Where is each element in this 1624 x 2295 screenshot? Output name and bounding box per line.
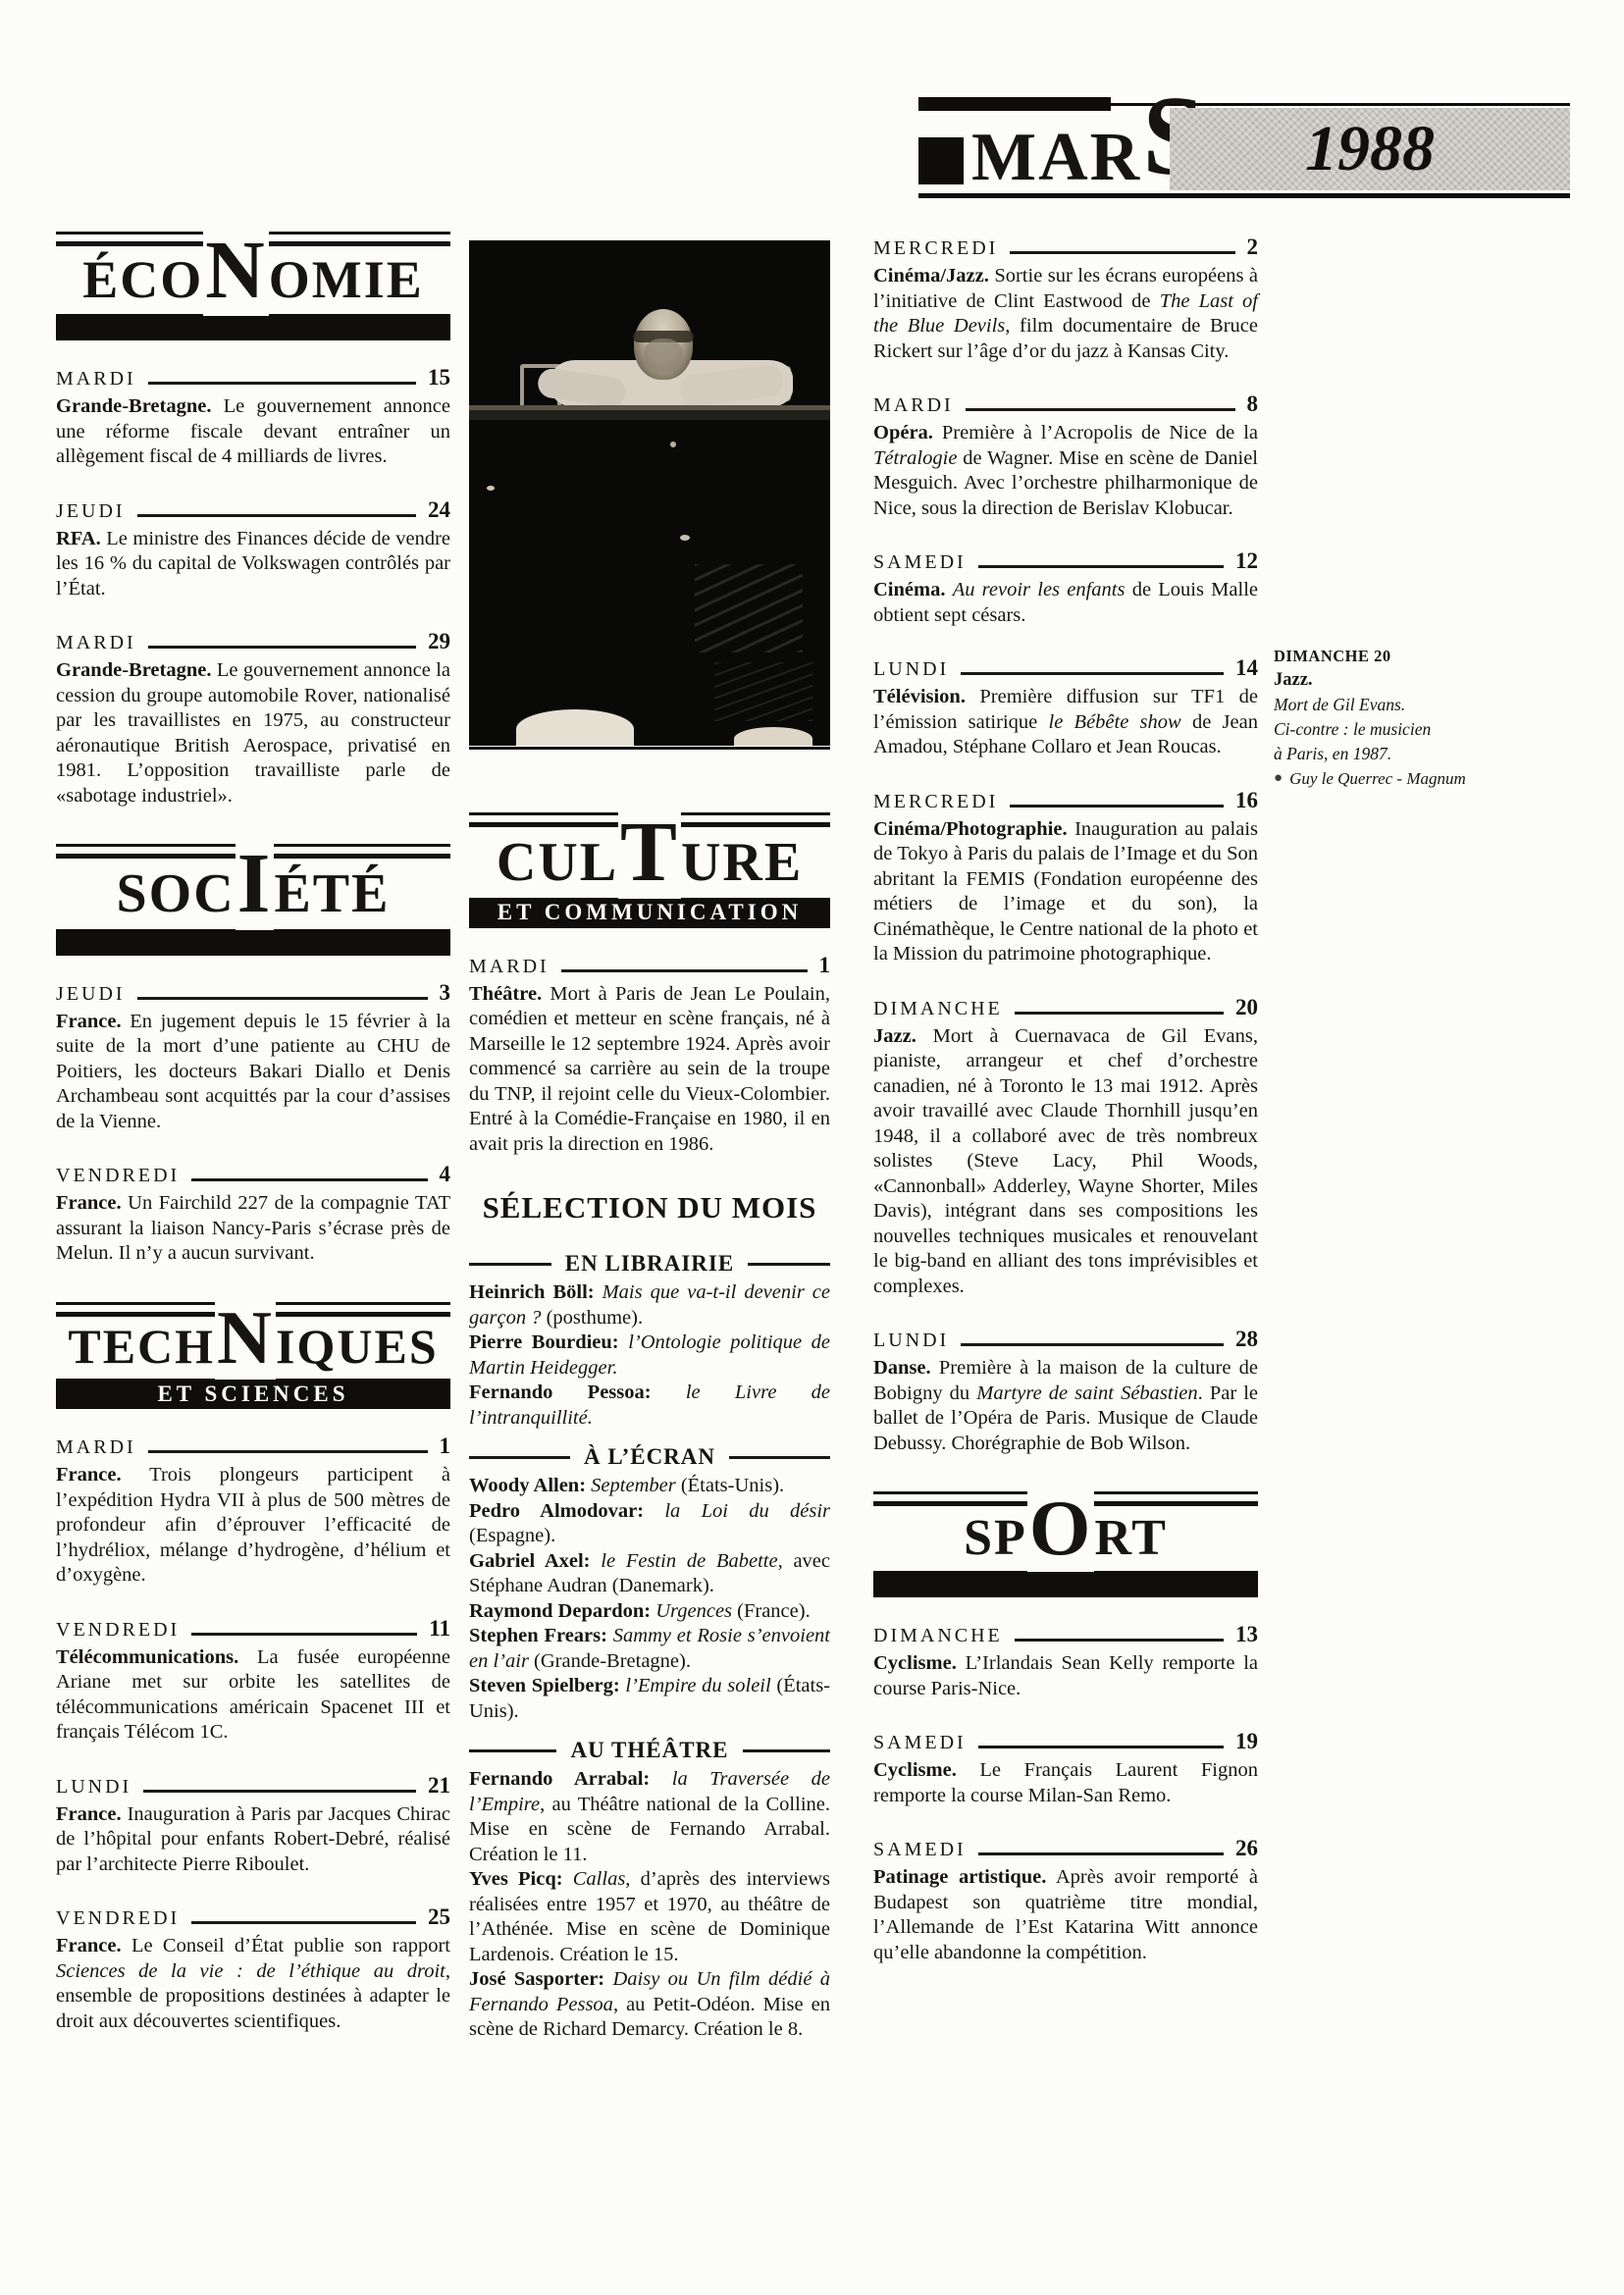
title-part: OMIE (269, 250, 424, 309)
selection-item: José Sasporter: Daisy ou Un film dédié à… (469, 1967, 830, 2043)
entry: SAMEDI 12 Cinéma. Au revoir les enfants … (873, 549, 1258, 628)
section-title-economie: ÉCONOMIE (56, 233, 450, 308)
selection-item: Stephen Frears: Sammy et Rosie s’envoien… (469, 1624, 830, 1674)
entry: VENDREDI 4 France. Un Fairchild 227 de l… (56, 1163, 450, 1267)
entry-number: 26 (1235, 1837, 1258, 1859)
section-title-techniques: TECHNIQUES (56, 1303, 450, 1373)
caption-line: à Paris, en 1987. (1274, 742, 1531, 766)
entry-body: Grande-Bretagne. Le gouvernement annonce… (56, 394, 450, 470)
entry: SAMEDI 19 Cyclisme. Le Français Laurent … (873, 1730, 1258, 1808)
entry-day: MARDI (873, 395, 954, 415)
entry-rule (191, 1921, 416, 1924)
entry-day: MERCREDI (873, 792, 998, 811)
entry-body: France. Un Fairchild 227 de la compagnie… (56, 1191, 450, 1267)
caption-category: Jazz. (1274, 668, 1531, 693)
entry-body: France. En jugement depuis le 15 février… (56, 1010, 450, 1135)
caption-credit-text: Guy le Querrec - Magnum (1289, 766, 1466, 791)
selection-item: Pierre Bourdieu: l’Ontologie politique d… (469, 1330, 830, 1381)
entry-day: MARDI (56, 633, 136, 652)
entry-rule (137, 514, 416, 517)
title-part: SOC (117, 863, 236, 924)
title-big-letter: I (236, 836, 275, 930)
selection-subhead-label: EN LIBRAIRIE (551, 1251, 748, 1277)
entry-body: Théâtre. Mort à Paris de Jean Le Poulain… (469, 982, 830, 1158)
entry-body: RFA. Le ministre des Finances décide de … (56, 527, 450, 602)
entry-body: Cyclisme. L’Irlandais Sean Kelly remport… (873, 1651, 1258, 1701)
entry-head: MERCREDI 16 (873, 789, 1258, 811)
entry-day: DIMANCHE (873, 1626, 1003, 1645)
selection-item: Pedro Almodovar: la Loi du désir (Espagn… (469, 1499, 830, 1549)
section-header-societe: SOCIÉTÉ (56, 844, 450, 956)
selection-item: Woody Allen: September (États-Unis). (469, 1474, 830, 1499)
section-bar (873, 1571, 1258, 1597)
entry-body: Cinéma. Au revoir les enfants de Louis M… (873, 578, 1258, 628)
title-part: IQUES (276, 1319, 439, 1374)
section-header-sport: SPORT (873, 1491, 1258, 1597)
entry-rule (148, 382, 416, 385)
entry-head: MARDI 8 (873, 392, 1258, 415)
entry-number: 16 (1235, 789, 1258, 811)
entry: LUNDI 28 Danse. Première à la maison de … (873, 1328, 1258, 1456)
entry-rule (1010, 805, 1224, 808)
entry-head: MARDI 29 (56, 630, 450, 652)
entry-head: SAMEDI 19 (873, 1730, 1258, 1752)
entry-day: MARDI (469, 957, 550, 976)
selection-item: Raymond Depardon: Urgences (France). (469, 1599, 830, 1625)
masthead-month: MAR S (918, 94, 1205, 192)
entry-body: Cyclisme. Le Français Laurent Fignon rem… (873, 1758, 1258, 1808)
entry-day: SAMEDI (873, 1733, 967, 1752)
caption-line: Ci-contre : le musicien (1274, 717, 1531, 742)
entry-rule (978, 565, 1224, 568)
rule (729, 1456, 830, 1459)
entry-number: 13 (1235, 1623, 1258, 1645)
selection-subhead-label: À L’ÉCRAN (570, 1444, 729, 1470)
title-part: SP (964, 1510, 1027, 1566)
entry-number: 2 (1247, 235, 1259, 258)
entry: LUNDI 21 France. Inauguration à Paris pa… (56, 1774, 450, 1878)
selection-subhead-librairie: EN LIBRAIRIE (469, 1251, 830, 1277)
entry-body: France. Trois plongeurs participent à l’… (56, 1463, 450, 1589)
entry: MARDI 1 France. Trois plongeurs particip… (56, 1434, 450, 1589)
caption-line: Mort de Gil Evans. (1274, 693, 1531, 717)
photo-highlight (734, 727, 812, 746)
section-bar: ET SCIENCES (56, 1379, 450, 1409)
bullet-icon: ● (1274, 766, 1283, 791)
entry-head: DIMANCHE 13 (873, 1623, 1258, 1645)
entry-number: 11 (429, 1617, 450, 1640)
entry: SAMEDI 26 Patinage artistique. Après avo… (873, 1837, 1258, 1965)
entry-day: LUNDI (56, 1777, 131, 1797)
entry: MARDI 8 Opéra. Première à l’Acropolis de… (873, 392, 1258, 521)
entry-day: VENDREDI (56, 1166, 180, 1185)
entry-body: Danse. Première à la maison de la cultur… (873, 1356, 1258, 1456)
photo-bottom-rule (469, 747, 830, 750)
entry-head: VENDREDI 11 (56, 1617, 450, 1640)
entry-head: JEUDI 24 (56, 498, 450, 521)
entry-number: 20 (1235, 996, 1258, 1018)
entry-number: 1 (819, 954, 831, 976)
selection-title: SÉLECTION DU MOIS (469, 1190, 830, 1226)
section-title-culture: CULTURE (469, 813, 830, 892)
entry-number: 28 (1235, 1328, 1258, 1350)
entry-body: France. Inauguration à Paris par Jacques… (56, 1802, 450, 1878)
section-subtitle: ET SCIENCES (157, 1382, 348, 1407)
photo-caption: DIMANCHE 20 Jazz. Mort de Gil Evans. Ci-… (1274, 644, 1531, 791)
entry: VENDREDI 25 France. Le Conseil d’État pu… (56, 1905, 450, 2034)
title-big-letter: N (203, 225, 268, 316)
entry-number: 15 (428, 366, 450, 389)
entry-head: LUNDI 21 (56, 1774, 450, 1797)
selection-subhead-label: AU THÉÂTRE (556, 1738, 742, 1763)
section-subtitle: ET COMMUNICATION (498, 900, 802, 925)
entry-rule (1010, 251, 1234, 254)
entry-rule (137, 997, 428, 1000)
entry: VENDREDI 11 Télécommunications. La fusée… (56, 1617, 450, 1746)
entry-head: VENDREDI 4 (56, 1163, 450, 1185)
entry-head: LUNDI 14 (873, 656, 1258, 679)
rule (469, 1263, 551, 1266)
entry-number: 12 (1235, 549, 1258, 572)
entry-rule (1015, 1012, 1224, 1015)
entry: LUNDI 14 Télévision. Première diffusion … (873, 656, 1258, 760)
entry-head: VENDREDI 25 (56, 1905, 450, 1928)
entry-number: 14 (1235, 656, 1258, 679)
entry-rule (978, 1746, 1224, 1748)
title-big-letter: O (1027, 1485, 1095, 1572)
section-bar (56, 929, 450, 956)
photo-highlight (680, 535, 690, 541)
entry-day: LUNDI (873, 659, 949, 679)
photo-gil-evans (469, 240, 830, 746)
entry-head: MARDI 15 (56, 366, 450, 389)
entry: MARDI 29 Grande-Bretagne. Le gouvernemen… (56, 630, 450, 808)
rule (748, 1263, 830, 1266)
photo-reflection (714, 662, 812, 721)
entry-body: France. Le Conseil d’État publie son rap… (56, 1934, 450, 2034)
section-header-culture: CULTURE ET COMMUNICATION (469, 812, 830, 928)
entry-rule (1015, 1639, 1224, 1642)
photo-highlight (670, 442, 676, 447)
entry-day: MARDI (56, 369, 136, 389)
entry-rule (143, 1790, 416, 1793)
magazine-page: MAR S 1988 ÉCONOMIE MARDI 15 Grande-Bret… (0, 0, 1624, 2295)
entry-rule (148, 646, 416, 649)
title-part: URE (681, 832, 803, 893)
rule (469, 1456, 570, 1459)
title-big-letter: N (215, 1295, 276, 1380)
title-part: RT (1094, 1510, 1167, 1566)
entry-rule (191, 1178, 427, 1181)
selection-item: Fernando Pessoa: le Livre de l’intranqui… (469, 1381, 830, 1431)
photo-face-shadow (644, 339, 683, 372)
square-bullet-icon (918, 137, 964, 184)
entry-head: DIMANCHE 20 (873, 996, 1258, 1018)
entry-number: 4 (440, 1163, 451, 1185)
selection-subhead-theatre: AU THÉÂTRE (469, 1738, 830, 1763)
section-header-techniques: TECHNIQUES ET SCIENCES (56, 1302, 450, 1409)
year-label: 1988 (1305, 117, 1435, 182)
entry-day: JEUDI (56, 984, 126, 1004)
selection-item: Yves Picq: Callas, d’après des interview… (469, 1867, 830, 1967)
year-box: 1988 (1170, 108, 1570, 190)
entry-rule (966, 408, 1235, 411)
entry-head: MARDI 1 (469, 954, 830, 976)
entry-day: MARDI (56, 1437, 136, 1457)
section-header-economie: ÉCONOMIE (56, 232, 450, 340)
entry-body: Télévision. Première diffusion sur TF1 d… (873, 685, 1258, 760)
photo-highlight (516, 709, 634, 746)
title-big-letter: T (618, 805, 681, 899)
entry-head: MERCREDI 2 (873, 235, 1258, 258)
entry-number: 8 (1247, 392, 1259, 415)
title-part: ÉTÉ (274, 863, 390, 924)
title-part: TECH (68, 1319, 215, 1374)
entry-number: 21 (428, 1774, 450, 1797)
entry-rule (961, 672, 1224, 675)
entry-head: JEUDI 3 (56, 981, 450, 1004)
entry: MARDI 1 Théâtre. Mort à Paris de Jean Le… (469, 954, 830, 1158)
entry-number: 3 (440, 981, 451, 1004)
title-part: ÉCO (82, 250, 203, 309)
entry-day: LUNDI (873, 1330, 949, 1350)
column-right: MERCREDI 2 Cinéma/Jazz. Sortie sur les é… (873, 235, 1258, 1994)
caption-credit: ● Guy le Querrec - Magnum (1274, 766, 1531, 791)
entry-number: 29 (428, 630, 450, 652)
column-middle: CULTURE ET COMMUNICATION MARDI 1 Théâtre… (469, 240, 830, 2043)
entry-body: Cinéma/Photographie. Inauguration au pal… (873, 817, 1258, 967)
selection-item: Heinrich Böll: Mais que va-t-il devenir … (469, 1280, 830, 1330)
selection-item: Fernando Arrabal: la Traversée de l’Empi… (469, 1767, 830, 1867)
entry-number: 25 (428, 1905, 450, 1928)
section-bar: ET COMMUNICATION (469, 898, 830, 928)
entry-rule (148, 1450, 428, 1453)
section-title-societe: SOCIÉTÉ (56, 845, 450, 923)
entry-rule (561, 969, 808, 972)
month-name: MAR (971, 124, 1141, 192)
entry-day: VENDREDI (56, 1908, 180, 1928)
entry-rule (191, 1633, 417, 1636)
entry-body: Cinéma/Jazz. Sortie sur les écrans europ… (873, 264, 1258, 364)
entry: MERCREDI 16 Cinéma/Photographie. Inaugur… (873, 789, 1258, 967)
entry-day: MERCREDI (873, 238, 998, 258)
entry-head: SAMEDI 12 (873, 549, 1258, 572)
selection-item: Gabriel Axel: le Festin de Babette, avec… (469, 1549, 830, 1599)
photo-highlight (487, 486, 495, 491)
entry-day: JEUDI (56, 501, 126, 521)
entry: DIMANCHE 20 Jazz. Mort à Cuernavaca de G… (873, 996, 1258, 1300)
entry-rule (978, 1852, 1224, 1855)
entry: JEUDI 24 RFA. Le ministre des Finances d… (56, 498, 450, 602)
rule (469, 1749, 556, 1752)
entry-day: DIMANCHE (873, 999, 1003, 1018)
entry: MARDI 15 Grande-Bretagne. Le gouvernemen… (56, 366, 450, 470)
entry: DIMANCHE 13 Cyclisme. L’Irlandais Sean K… (873, 1623, 1258, 1701)
entry-day: VENDREDI (56, 1620, 180, 1640)
entry-body: Patinage artistique. Après avoir remport… (873, 1865, 1258, 1965)
entry: MERCREDI 2 Cinéma/Jazz. Sortie sur les é… (873, 235, 1258, 364)
entry-rule (961, 1343, 1224, 1346)
entry-body: Télécommunications. La fusée européenne … (56, 1645, 450, 1746)
section-bar (56, 314, 450, 340)
masthead-bottom-rule (918, 193, 1570, 198)
entry-body: Opéra. Première à l’Acropolis de Nice de… (873, 421, 1258, 521)
entry-body: Grande-Bretagne. Le gouvernement annonce… (56, 658, 450, 808)
photo-reflection (695, 564, 803, 652)
selection-item: Steven Spielberg: l’Empire du soleil (Ét… (469, 1674, 830, 1724)
entry: JEUDI 3 France. En jugement depuis le 15… (56, 981, 450, 1135)
entry-number: 19 (1235, 1730, 1258, 1752)
entry-day: SAMEDI (873, 1840, 967, 1859)
entry-head: LUNDI 28 (873, 1328, 1258, 1350)
entry-number: 24 (428, 498, 450, 521)
entry-number: 1 (440, 1434, 451, 1457)
entry-head: MARDI 1 (56, 1434, 450, 1457)
title-part: CUL (497, 832, 618, 893)
selection-subhead-ecran: À L’ÉCRAN (469, 1444, 830, 1470)
entry-body: Jazz. Mort à Cuernavaca de Gil Evans, pi… (873, 1024, 1258, 1300)
entry-day: SAMEDI (873, 552, 967, 572)
column-left: ÉCONOMIE MARDI 15 Grande-Bretagne. Le go… (56, 232, 450, 2062)
caption-day: DIMANCHE 20 (1274, 644, 1531, 668)
section-title-sport: SPORT (873, 1492, 1258, 1565)
photo-piano-shadow (469, 410, 830, 420)
rule (743, 1749, 830, 1752)
entry-head: SAMEDI 26 (873, 1837, 1258, 1859)
